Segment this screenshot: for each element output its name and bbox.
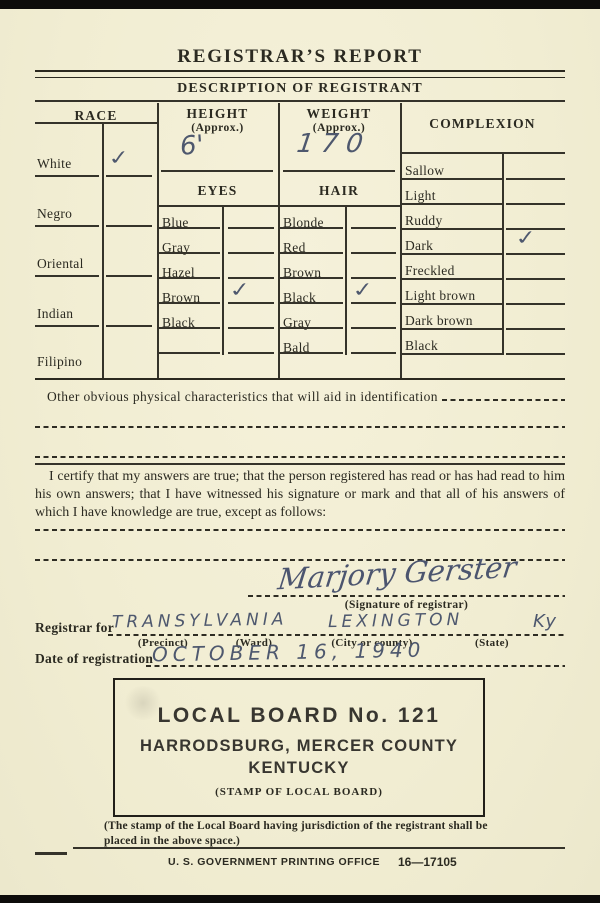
table-divider <box>400 103 402 378</box>
hair-check-rule <box>351 227 396 229</box>
complexion-option: Black <box>405 338 438 354</box>
complexion-option: Freckled <box>405 263 455 279</box>
complexion-rule <box>402 278 503 280</box>
complexion-rule <box>402 253 503 255</box>
race-option-indian: Indian <box>37 306 73 322</box>
race-check-rule <box>106 275 152 277</box>
hair-check-rule <box>351 302 396 304</box>
signature-line <box>248 595 565 597</box>
other-characteristics-label: Other obvious physical characteristics t… <box>35 389 438 405</box>
printer-imprint: U. S. GOVERNMENT PRINTING OFFICE <box>168 856 380 868</box>
race-header-rule <box>35 122 157 124</box>
state-caption: (State) <box>475 637 509 649</box>
eyes-option: Black <box>162 315 195 331</box>
hair-option: Blonde <box>283 215 324 231</box>
registrar-for-line <box>108 634 565 636</box>
weight-value: 170 <box>295 129 373 159</box>
eyes-rule <box>159 252 220 254</box>
hair-option: Bald <box>283 340 310 356</box>
race-check-rule <box>106 325 152 327</box>
race-white-checkmark: ✓ <box>107 146 131 171</box>
complexion-option: Ruddy <box>405 213 443 229</box>
hair-option: Red <box>283 240 306 256</box>
table-divider <box>278 103 280 378</box>
eyes-option-brown: Brown <box>162 290 200 306</box>
hair-black-checkmark: ✓ <box>351 278 375 303</box>
registration-date-value: OCTOBER 16, 1940 <box>152 638 426 667</box>
complexion-header: COMPLEXION <box>400 116 565 132</box>
race-option-white: White <box>37 156 72 172</box>
height-header: HEIGHT (Approx.) <box>157 106 278 134</box>
complexion-rule <box>402 328 503 330</box>
hair-rule <box>280 252 343 254</box>
registration-date-label: Date of registration <box>35 651 153 667</box>
hair-option: Gray <box>283 315 311 331</box>
height-value-rule <box>161 170 273 172</box>
eyes-rule <box>159 227 220 229</box>
section-rule <box>35 100 565 102</box>
race-rule <box>35 325 99 327</box>
footer-rule-long <box>73 847 565 849</box>
hair-check-rule <box>351 252 396 254</box>
registrar-for-label: Registrar for <box>35 620 114 636</box>
hair-option-black: Black <box>283 290 316 306</box>
race-option-oriental: Oriental <box>37 256 84 272</box>
state-value: Ky <box>533 611 557 632</box>
eyes-option: Gray <box>162 240 190 256</box>
weight-value-rule <box>283 170 395 172</box>
eyes-check-rule <box>228 327 274 329</box>
complexion-option-dark: Dark <box>405 238 433 254</box>
write-in-line <box>35 529 565 531</box>
hair-rule <box>280 277 343 279</box>
complexion-header-rule <box>400 152 565 154</box>
description-table: RACE HEIGHT (Approx.) WEIGHT (Approx.) C… <box>35 103 565 380</box>
height-header-sub: (Approx.) <box>157 122 278 134</box>
precinct-value: TRANSYLVANIA <box>112 609 288 632</box>
race-rule <box>35 275 99 277</box>
registrar-report-form: REGISTRAR’S REPORT DESCRIPTION OF REGIST… <box>0 0 600 903</box>
complexion-check-rule <box>506 253 565 255</box>
page-title: REGISTRAR’S REPORT <box>0 46 600 68</box>
local-board-number: LOCAL BOARD No. 121 <box>115 704 483 728</box>
complexion-rule <box>402 228 503 230</box>
complexion-check-rule <box>506 278 565 280</box>
complexion-check-rule <box>506 328 565 330</box>
city-or-county-value: LEXINGTON <box>328 610 464 632</box>
complexion-option: Light <box>405 188 436 204</box>
complexion-dark-checkmark: ✓ <box>514 226 538 251</box>
table-divider <box>157 103 159 378</box>
write-in-line <box>35 456 565 458</box>
stamp-instruction: (The stamp of the Local Board having jur… <box>104 819 508 849</box>
hair-check-rule <box>351 352 396 354</box>
local-board-state: KENTUCKY <box>115 759 483 778</box>
complexion-rule <box>402 303 503 305</box>
race-check-rule <box>106 175 152 177</box>
eyes-rule <box>159 352 220 354</box>
eyes-rule <box>159 277 220 279</box>
eyes-check-divider <box>222 205 224 355</box>
weight-header-label: WEIGHT <box>278 106 400 122</box>
complexion-check-rule <box>506 203 565 205</box>
write-in-line <box>35 426 565 428</box>
eyes-check-rule <box>228 252 274 254</box>
certify-separator-rule <box>35 463 565 465</box>
eyes-brown-checkmark: ✓ <box>228 278 252 303</box>
race-rule <box>35 175 99 177</box>
eyes-rule <box>159 302 220 304</box>
eyes-option: Blue <box>162 215 189 231</box>
local-board-stamp-box: LOCAL BOARD No. 121 HARRODSBURG, MERCER … <box>113 678 485 817</box>
other-characteristics-row: Other obvious physical characteristics t… <box>35 389 565 405</box>
scan-edge-top <box>0 0 600 9</box>
stamp-box-caption: (STAMP OF LOCAL BOARD) <box>115 786 483 798</box>
section-heading: DESCRIPTION OF REGISTRANT <box>0 81 600 97</box>
height-header-label: HEIGHT <box>157 106 278 122</box>
signature-caption: (Signature of registrar) <box>248 599 565 611</box>
height-value: 6' <box>179 130 205 162</box>
race-option-negro: Negro <box>37 206 72 222</box>
hair-header: HAIR <box>278 183 400 199</box>
eyes-header-rule <box>157 205 278 207</box>
complexion-rule <box>402 203 503 205</box>
hair-check-rule <box>351 327 396 329</box>
complexion-option: Light brown <box>405 288 475 304</box>
scan-edge-bottom <box>0 895 600 903</box>
eyes-header: EYES <box>157 183 278 199</box>
eyes-check-rule <box>228 277 274 279</box>
hair-rule <box>280 352 343 354</box>
complexion-option: Dark brown <box>405 313 473 329</box>
eyes-check-rule <box>228 302 274 304</box>
complexion-check-rule <box>506 303 565 305</box>
hair-option: Brown <box>283 265 321 281</box>
footer-rule-short <box>35 852 67 855</box>
registrar-signature: Marjory Gerster <box>276 550 518 597</box>
hair-check-divider <box>345 205 347 355</box>
local-board-city-county: HARRODSBURG, MERCER COUNTY <box>115 737 483 756</box>
form-number: 16—17105 <box>398 855 457 869</box>
hair-rule <box>280 302 343 304</box>
hair-rule <box>280 327 343 329</box>
race-check-rule <box>106 225 152 227</box>
eyes-check-rule <box>228 352 274 354</box>
fill-in-dashes <box>442 399 565 401</box>
hair-header-rule <box>278 205 400 207</box>
complexion-rule <box>402 353 503 355</box>
title-double-rule <box>35 70 565 78</box>
race-option-filipino: Filipino <box>37 354 82 370</box>
eyes-option: Hazel <box>162 265 195 281</box>
complexion-check-rule <box>506 353 565 355</box>
complexion-check-rule <box>506 178 565 180</box>
eyes-check-rule <box>228 227 274 229</box>
hair-check-rule <box>351 277 396 279</box>
race-check-divider <box>102 122 104 378</box>
complexion-option: Sallow <box>405 163 444 179</box>
certification-text: I certify that my answers are true; that… <box>35 468 565 522</box>
eyes-rule <box>159 327 220 329</box>
complexion-rule <box>402 178 503 180</box>
race-rule <box>35 225 99 227</box>
hair-rule <box>280 227 343 229</box>
